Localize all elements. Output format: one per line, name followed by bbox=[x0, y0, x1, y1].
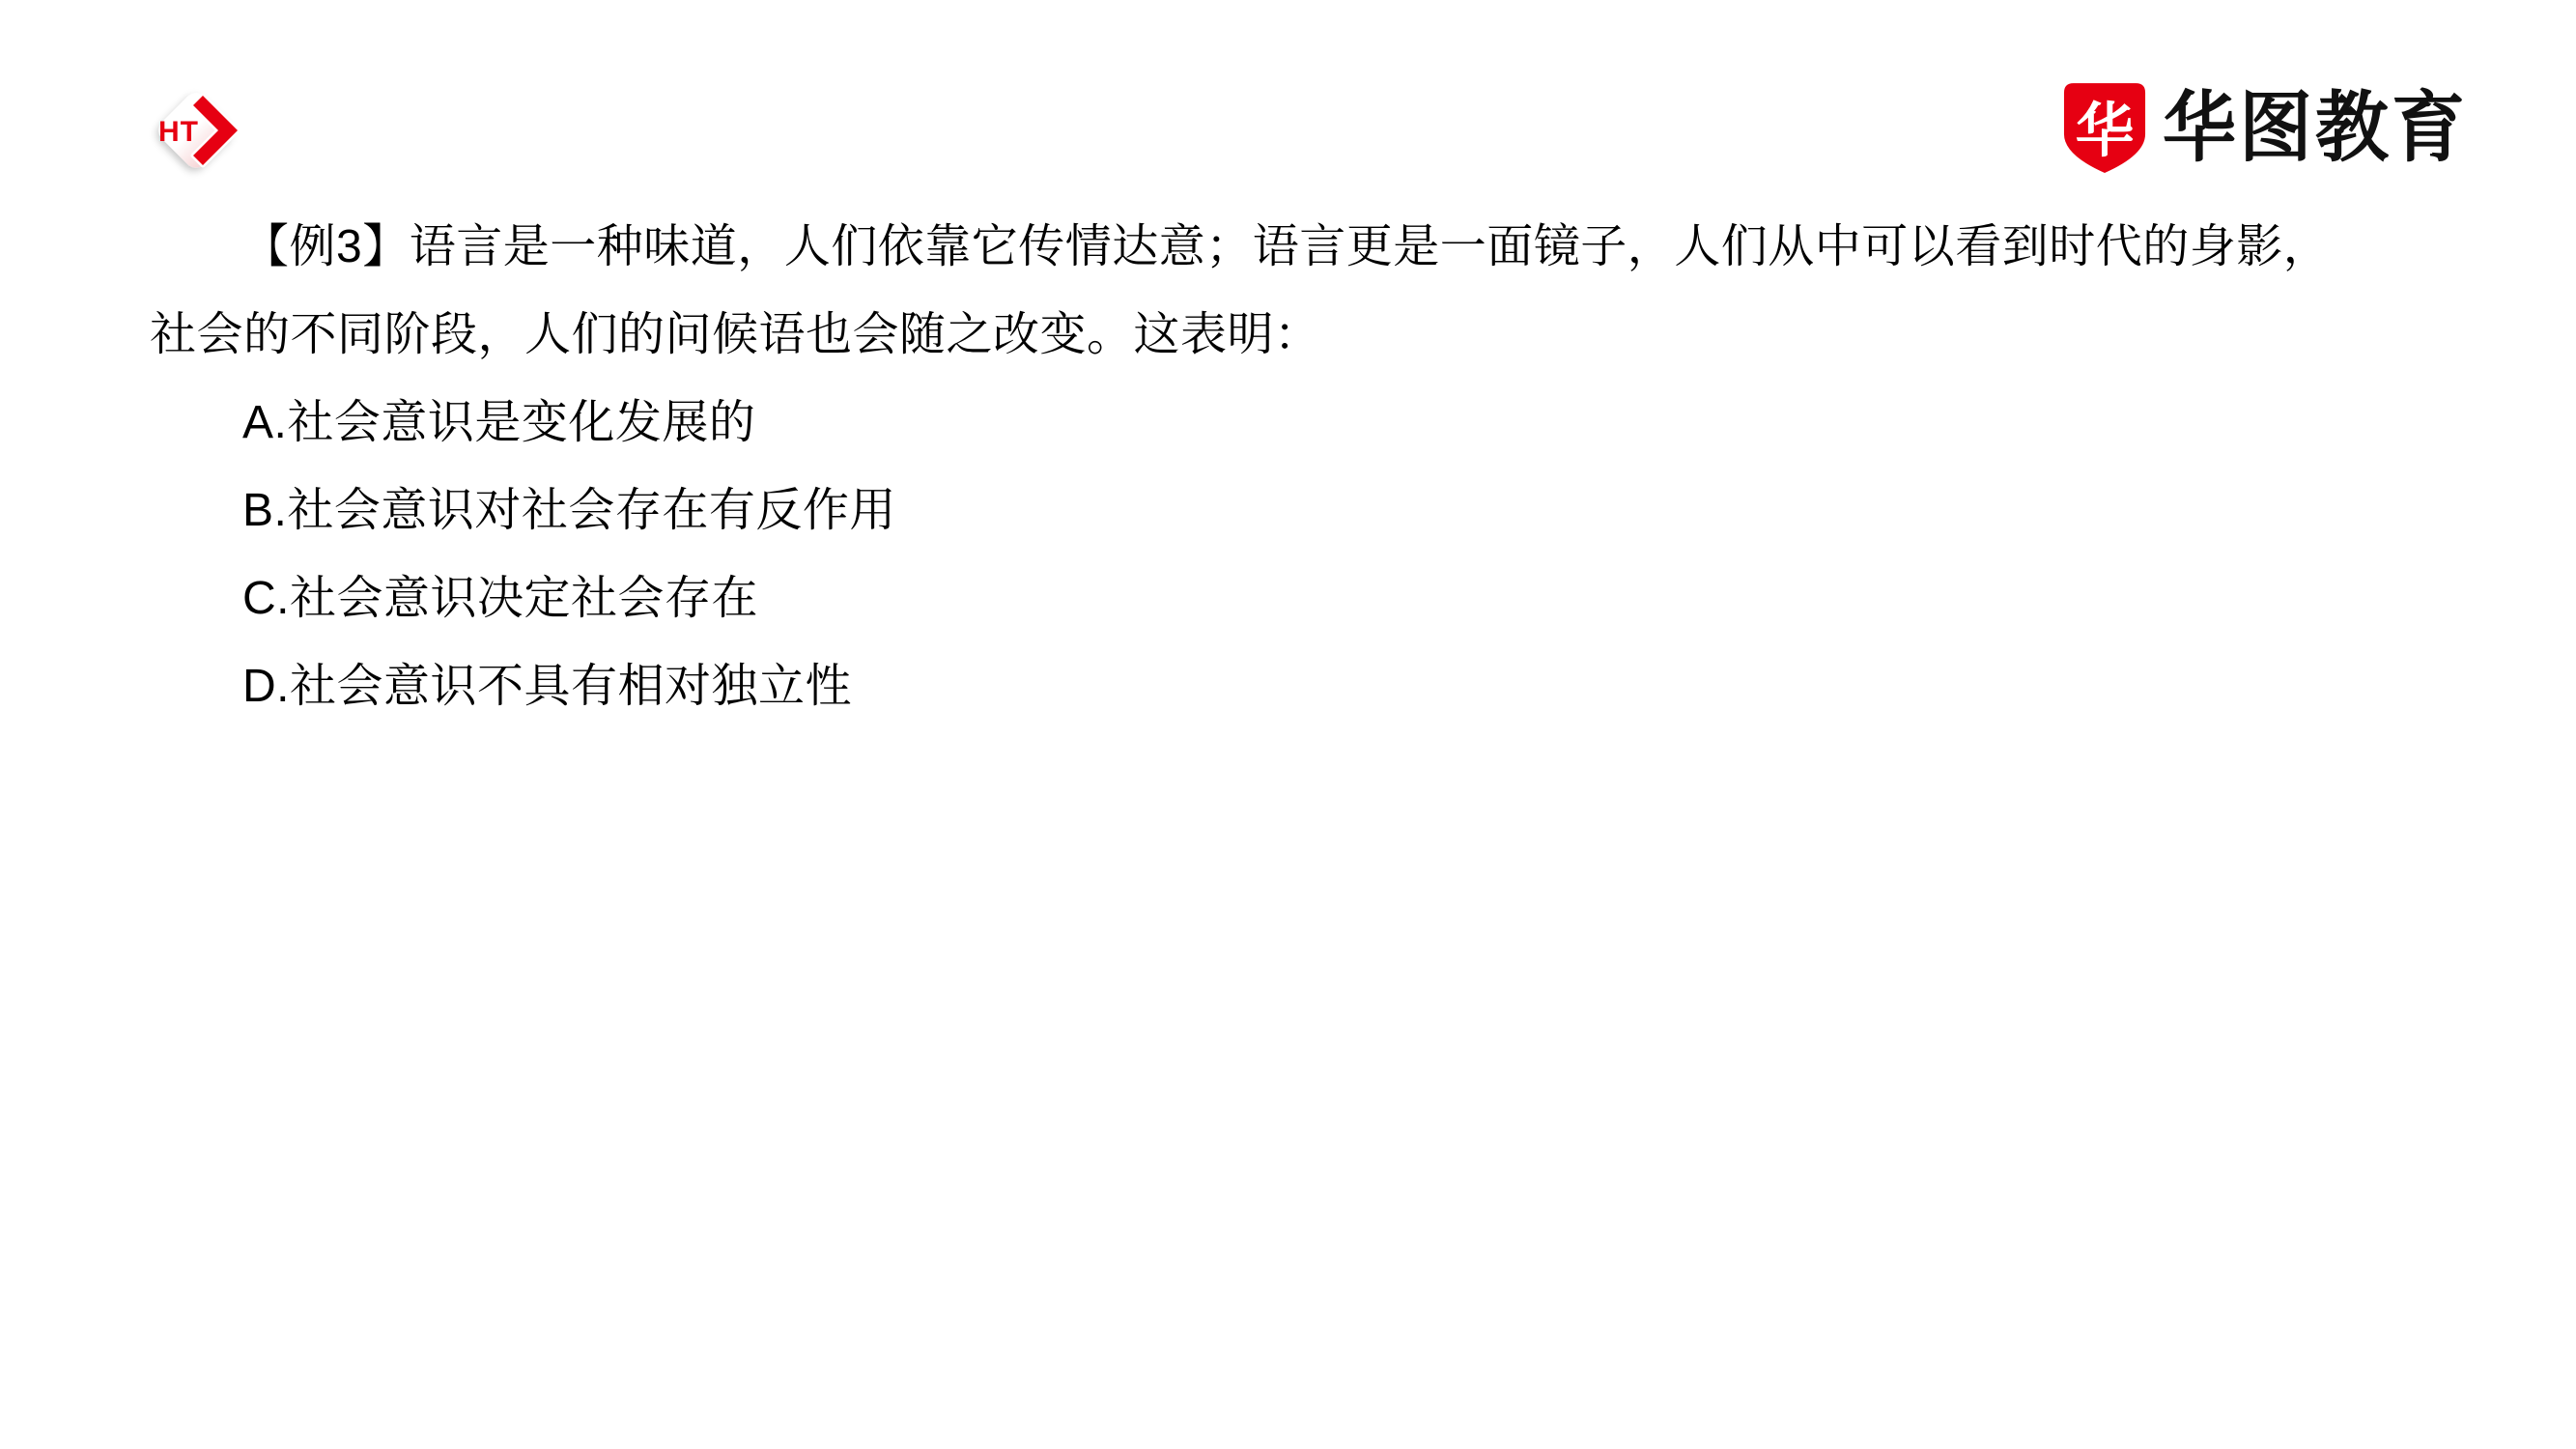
question-block: 【例3】语言是一种味道，人们依靠它传情达意；语言更是一面镜子，人们从中可以看到时… bbox=[150, 203, 2431, 730]
slide: HT 华 华图教育 【例3】语言是一种味道，人们依靠它传情达意；语言更是一面镜子… bbox=[0, 0, 2576, 1449]
option-c: C.社会意识决定社会存在 bbox=[150, 554, 2431, 642]
shield-glyph-text: 华 bbox=[2076, 98, 2135, 163]
ht-monogram-text: HT bbox=[158, 116, 199, 148]
option-b: B.社会意识对社会存在有反作用 bbox=[150, 467, 2431, 554]
ht-corner-logo: HT bbox=[143, 85, 259, 185]
question-stem-line-2: 社会的不同阶段，人们的问候语也会随之改变。这表明： bbox=[150, 291, 2431, 379]
ht-diamond-chevron-icon: HT bbox=[143, 85, 259, 185]
question-stem-line-1: 【例3】语言是一种味道，人们依靠它传情达意；语言更是一面镜子，人们从中可以看到时… bbox=[150, 203, 2431, 291]
huatu-shield-icon: 华 bbox=[2062, 81, 2147, 176]
huatu-brand-logo: 华 华图教育 bbox=[2062, 81, 2468, 176]
option-d: D.社会意识不具有相对独立性 bbox=[150, 642, 2431, 730]
option-a: A.社会意识是变化发展的 bbox=[150, 379, 2431, 467]
huatu-wordmark: 华图教育 bbox=[2163, 90, 2468, 167]
